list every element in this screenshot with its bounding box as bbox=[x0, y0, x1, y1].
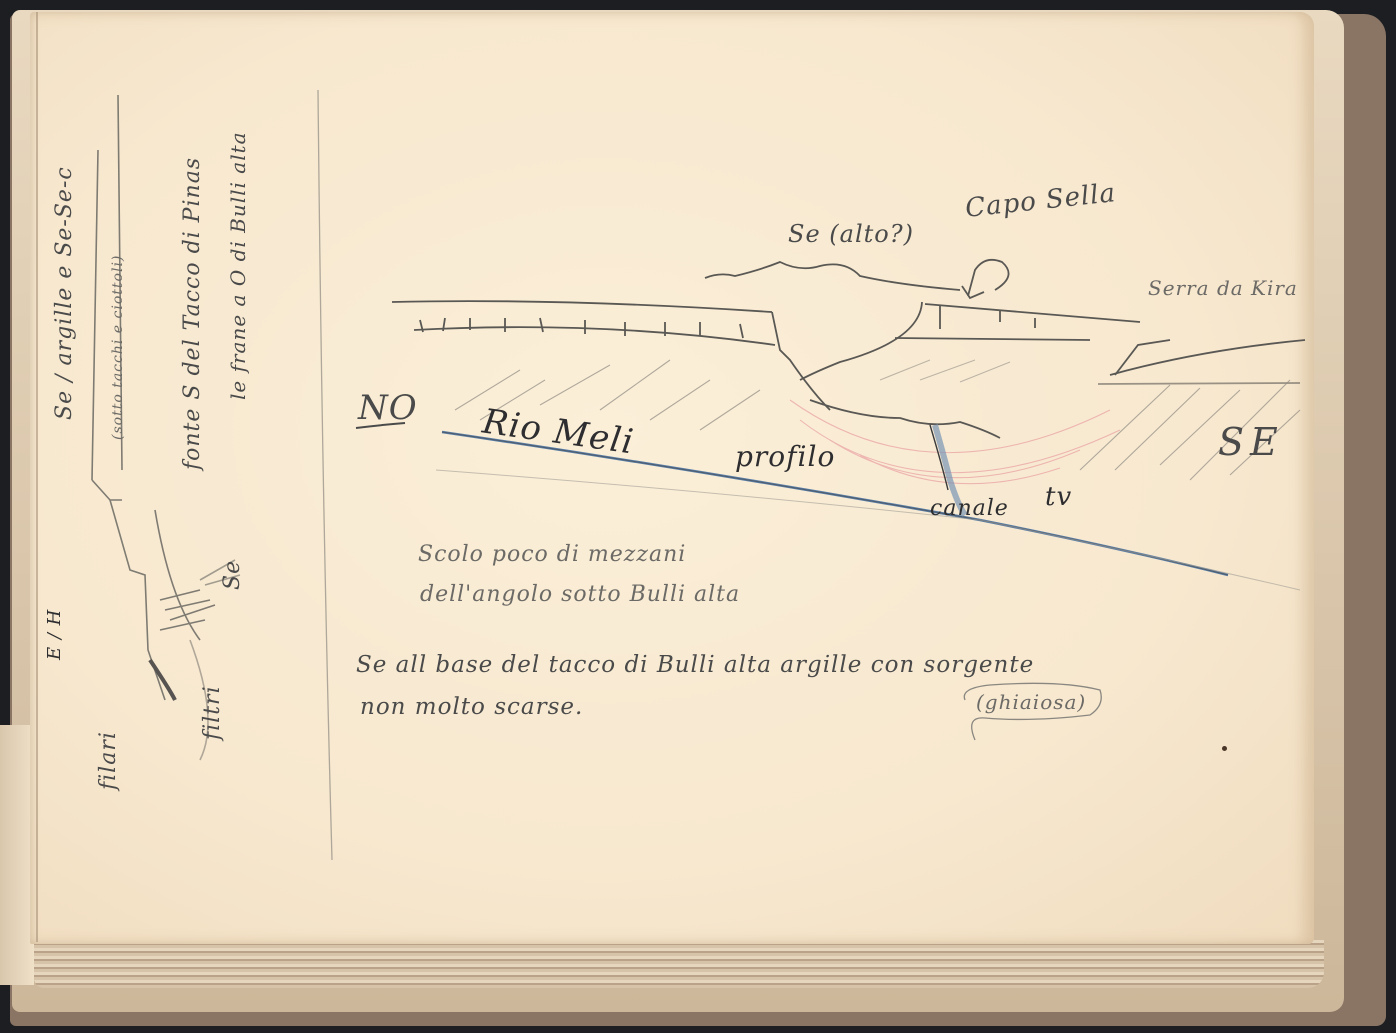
note-bracket-ghiaiosa: (ghiaiosa) bbox=[976, 690, 1086, 714]
margin-note-col1-small: (sotto tacchi e ciottoli) bbox=[110, 255, 126, 440]
margin-note-bottom-b: filtri bbox=[200, 685, 225, 740]
ink-spot bbox=[1222, 746, 1227, 751]
label-orientation-no: NO bbox=[358, 388, 418, 428]
margin-note-col3: le frane a O di Bulli alta bbox=[226, 131, 250, 400]
label-serra: Serra da Kira bbox=[1148, 276, 1298, 300]
note-line-3: Se all base del tacco di Bulli alta argi… bbox=[356, 652, 1034, 678]
margin-note-bottom-a: filari bbox=[96, 731, 121, 790]
label-channel-mark: tv bbox=[1045, 482, 1072, 512]
note-line-1: Scolo poco di mezzani bbox=[418, 542, 686, 567]
margin-note-col2: fonte S del Tacco di Pinas bbox=[180, 157, 205, 470]
geological-cross-section-sketch bbox=[0, 0, 1396, 1033]
label-top-center: Se (alto?) bbox=[788, 220, 914, 248]
label-orientation-se: SE bbox=[1218, 420, 1284, 464]
label-slope: profilo bbox=[735, 440, 835, 473]
note-line-2: dell'angolo sotto Bulli alta bbox=[420, 582, 740, 607]
note-line-4: non molto scarse. bbox=[360, 694, 583, 720]
label-channel: canale bbox=[930, 496, 1009, 521]
margin-note-col1: Se / argille e Se-Se-c bbox=[52, 166, 77, 420]
margin-note-mark: E / H bbox=[44, 609, 65, 660]
margin-note-bottom-c: Se bbox=[220, 560, 245, 590]
